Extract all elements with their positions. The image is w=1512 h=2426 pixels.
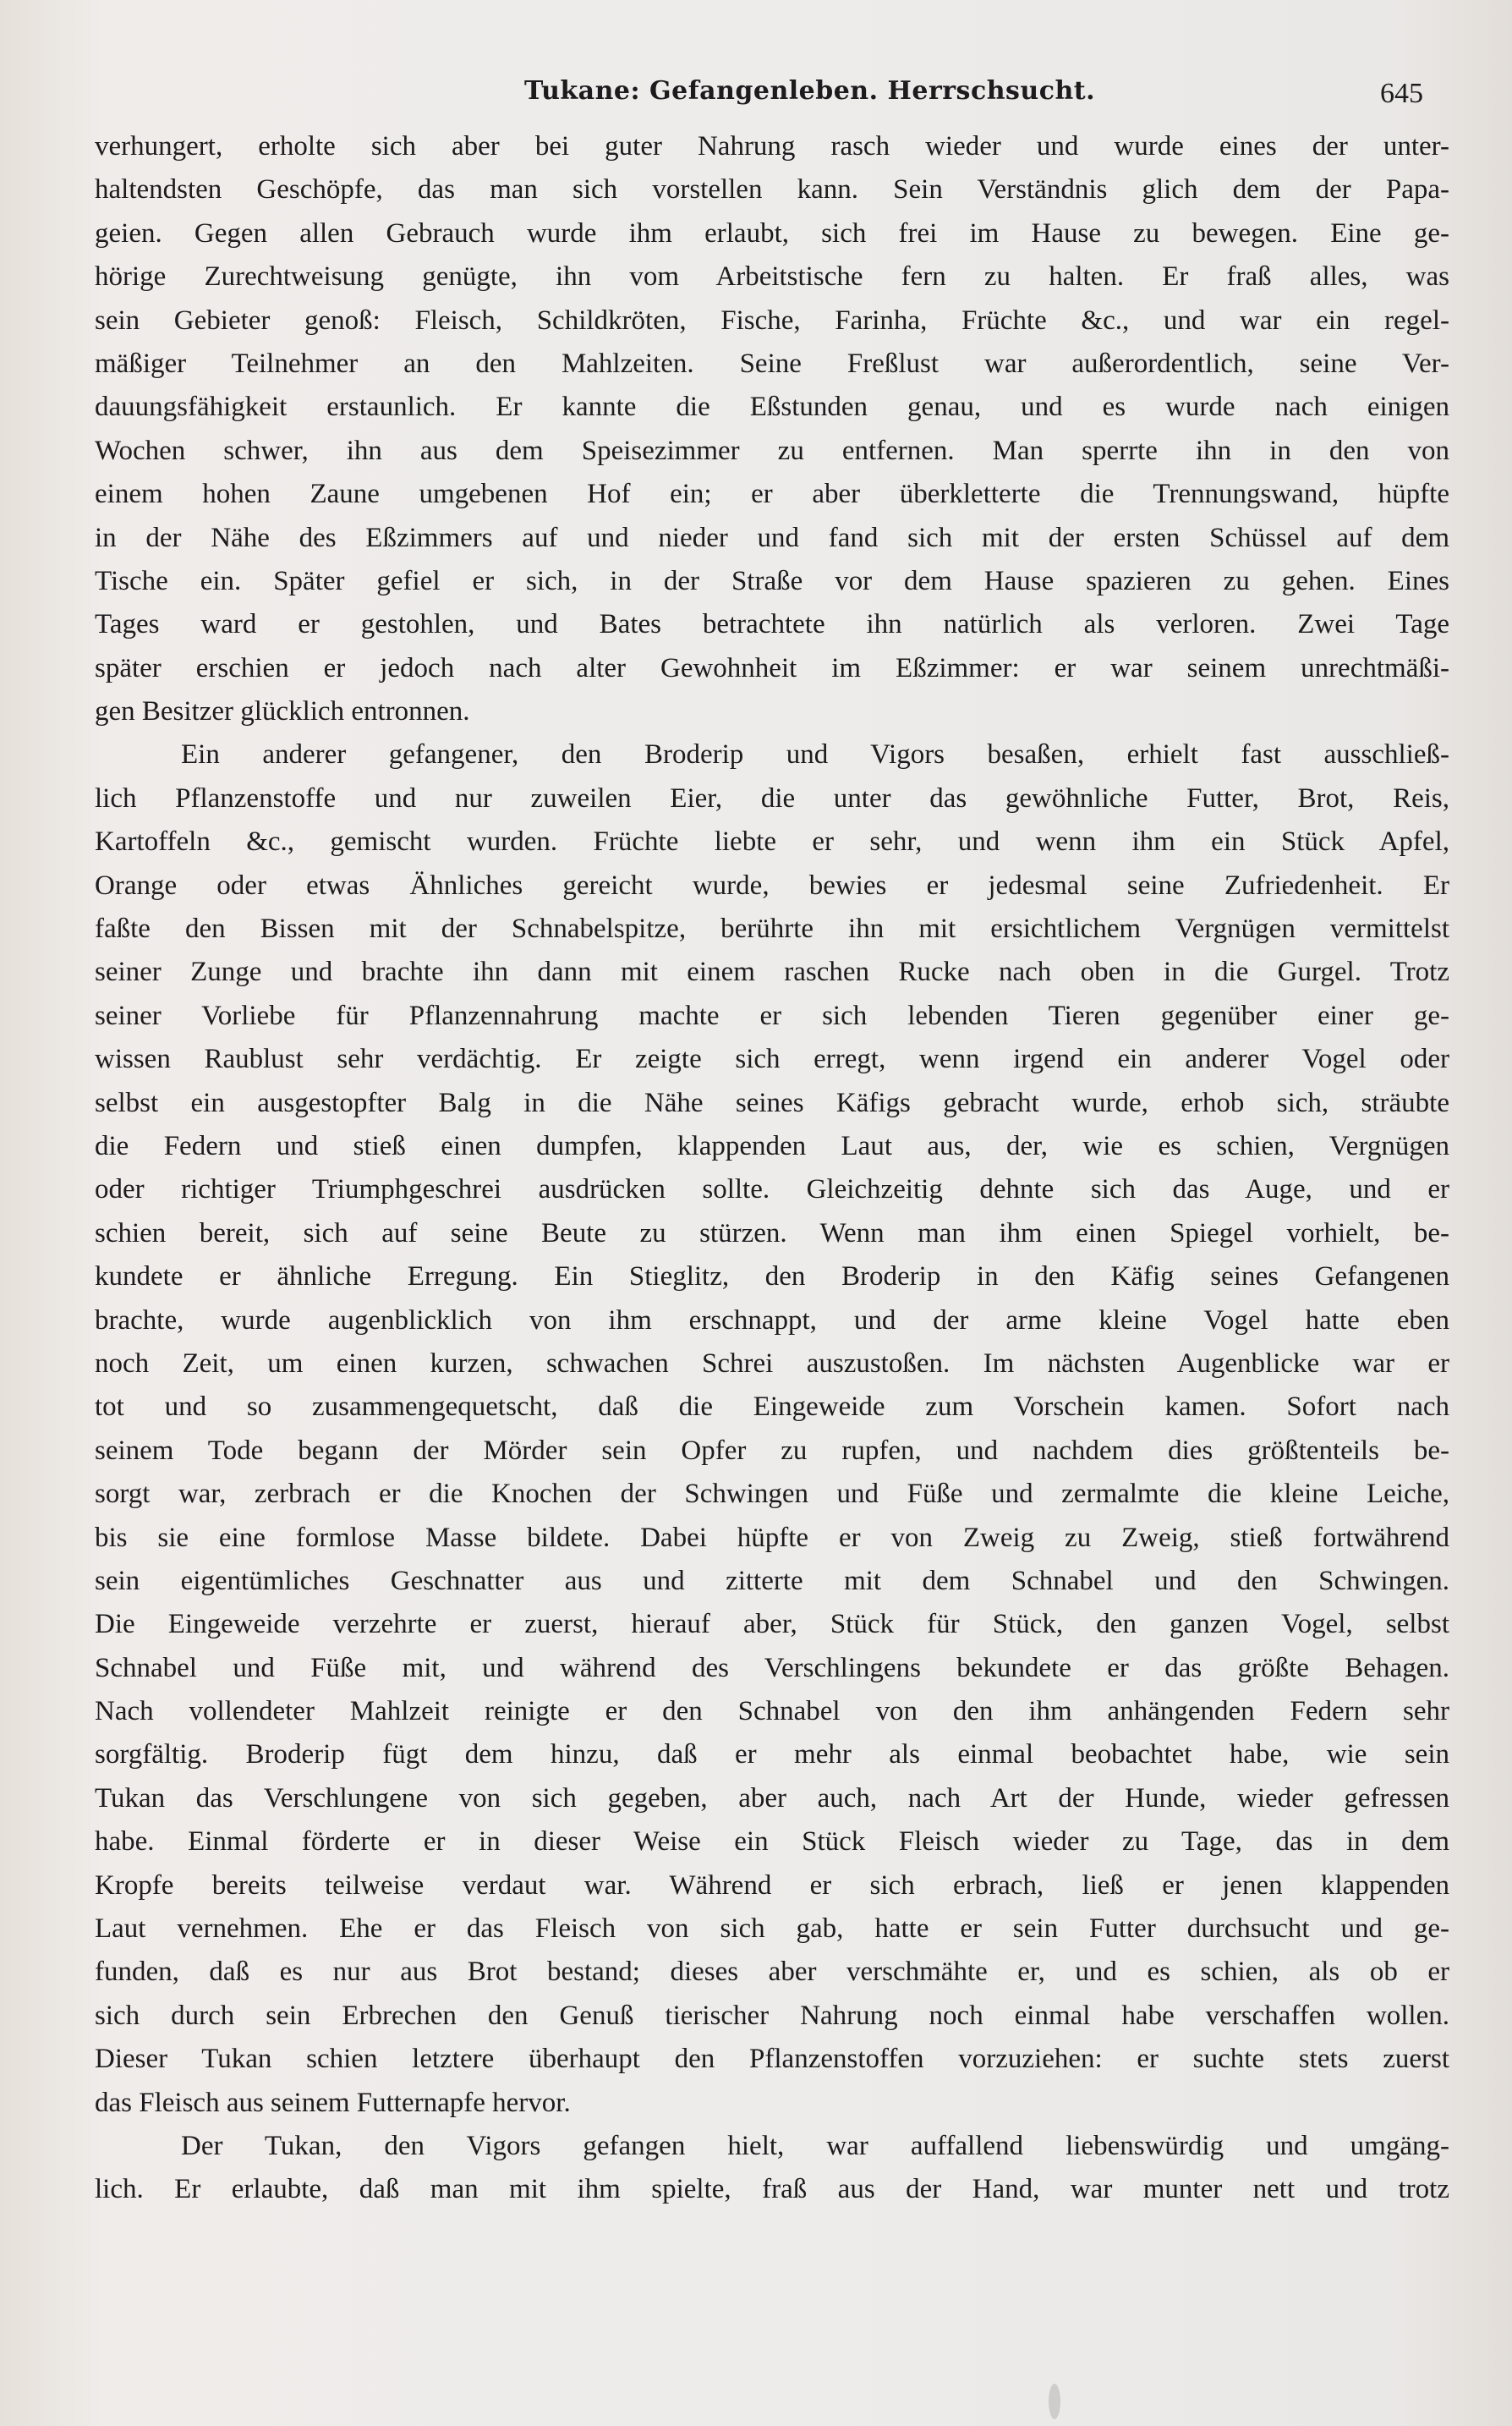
text-line: habe. Einmal förderte er in dieser Weise… (95, 1820, 1449, 1863)
paper-stain (1049, 2384, 1060, 2419)
page-number: 645 (1380, 78, 1423, 110)
text-line: in der Nähe des Eßzimmers auf und nieder… (95, 517, 1449, 560)
text-line: oder richtiger Triumphgeschrei ausdrücke… (95, 1168, 1449, 1211)
text-line: Wochen schwer, ihn aus dem Speisezimmer … (95, 430, 1449, 473)
text-line: gen Besitzer glücklich entronnen. (95, 690, 1449, 733)
text-line: Nach vollendeter Mahlzeit reinigte er de… (95, 1690, 1449, 1733)
book-page: Tukane: Gefangenleben. Herrschsucht. 645… (0, 0, 1512, 2426)
text-line: die Federn und stieß einen dumpfen, klap… (95, 1125, 1449, 1168)
text-line: Die Eingeweide verzehrte er zuerst, hier… (95, 1603, 1449, 1646)
text-line: lich Pflanzenstoffe und nur zuweilen Eie… (95, 777, 1449, 821)
text-line: noch Zeit, um einen kurzen, schwachen Sc… (95, 1342, 1449, 1386)
text-line: später erschien er jedoch nach alter Gew… (95, 647, 1449, 690)
text-line: Kropfe bereits teilweise verdaut war. Wä… (95, 1864, 1449, 1907)
text-line: Der Tukan, den Vigors gefangen hielt, wa… (95, 2125, 1449, 2168)
text-line: lich. Er erlaubte, daß man mit ihm spiel… (95, 2168, 1449, 2211)
text-line: verhungert, erholte sich aber bei guter … (95, 125, 1449, 168)
text-line: einem hohen Zaune umgebenen Hof ein; er … (95, 473, 1449, 516)
text-line: faßte den Bissen mit der Schnabelspitze,… (95, 908, 1449, 951)
text-line: sich durch sein Erbrechen den Genuß tier… (95, 1995, 1449, 2038)
text-line: Tages ward er gestohlen, und Bates betra… (95, 603, 1449, 646)
text-line: Tische ein. Später gefiel er sich, in de… (95, 560, 1449, 603)
text-line: funden, daß es nur aus Brot bestand; die… (95, 1951, 1449, 1994)
text-line: seiner Vorliebe für Pflanzennahrung mach… (95, 995, 1449, 1038)
text-line: brachte, wurde augenblicklich von ihm er… (95, 1299, 1449, 1342)
paragraph-3: Der Tukan, den Vigors gefangen hielt, wa… (95, 2125, 1449, 2212)
text-line: mäßiger Teilnehmer an den Mahlzeiten. Se… (95, 343, 1449, 386)
body-text: verhungert, erholte sich aber bei guter … (95, 125, 1449, 2212)
text-line: sorgt war, zerbrach er die Knochen der S… (95, 1473, 1449, 1516)
text-line: Dieser Tukan schien letztere überhaupt d… (95, 2038, 1449, 2081)
text-line: seinem Tode begann der Mörder sein Opfer… (95, 1430, 1449, 1473)
text-line: Orange oder etwas Ähnliches gereicht wur… (95, 864, 1449, 908)
text-line: geien. Gegen allen Gebrauch wurde ihm er… (95, 212, 1449, 255)
text-line: Schnabel und Füße mit, und während des V… (95, 1647, 1449, 1690)
text-line: sein Gebieter genoß: Fleisch, Schildkröt… (95, 299, 1449, 343)
text-line: dauungsfähigkeit erstaunlich. Er kannte … (95, 386, 1449, 429)
text-line: wissen Raublust sehr verdächtig. Er zeig… (95, 1038, 1449, 1081)
text-line: schien bereit, sich auf seine Beute zu s… (95, 1212, 1449, 1255)
paragraph-1: verhungert, erholte sich aber bei guter … (95, 125, 1449, 733)
text-line: Ein anderer gefangener, den Broderip und… (95, 733, 1449, 777)
text-line: sein eigentümliches Geschnatter aus und … (95, 1560, 1449, 1603)
text-line: bis sie eine formlose Masse bildete. Dab… (95, 1517, 1449, 1560)
running-title: Tukane: Gefangenleben. Herrschsucht. (524, 76, 1095, 106)
text-line: tot und so zusammengequetscht, daß die E… (95, 1386, 1449, 1429)
text-line: Laut vernehmen. Ehe er das Fleisch von s… (95, 1907, 1449, 1951)
text-line: das Fleisch aus seinem Futternapfe hervo… (95, 2082, 1449, 2125)
running-head: Tukane: Gefangenleben. Herrschsucht. 645 (0, 71, 1512, 113)
text-line: sorgfältig. Broderip fügt dem hinzu, daß… (95, 1733, 1449, 1776)
text-line: Tukan das Verschlungene von sich gegeben… (95, 1777, 1449, 1820)
text-line: seiner Zunge und brachte ihn dann mit ei… (95, 951, 1449, 994)
text-line: hörige Zurechtweisung genügte, ihn vom A… (95, 255, 1449, 299)
text-line: Kartoffeln &c., gemischt wurden. Früchte… (95, 821, 1449, 864)
paragraph-2: Ein anderer gefangener, den Broderip und… (95, 733, 1449, 2125)
text-line: kundete er ähnliche Erregung. Ein Stiegl… (95, 1255, 1449, 1298)
text-line: haltendsten Geschöpfe, das man sich vors… (95, 168, 1449, 211)
text-line: selbst ein ausgestopfter Balg in die Näh… (95, 1082, 1449, 1125)
